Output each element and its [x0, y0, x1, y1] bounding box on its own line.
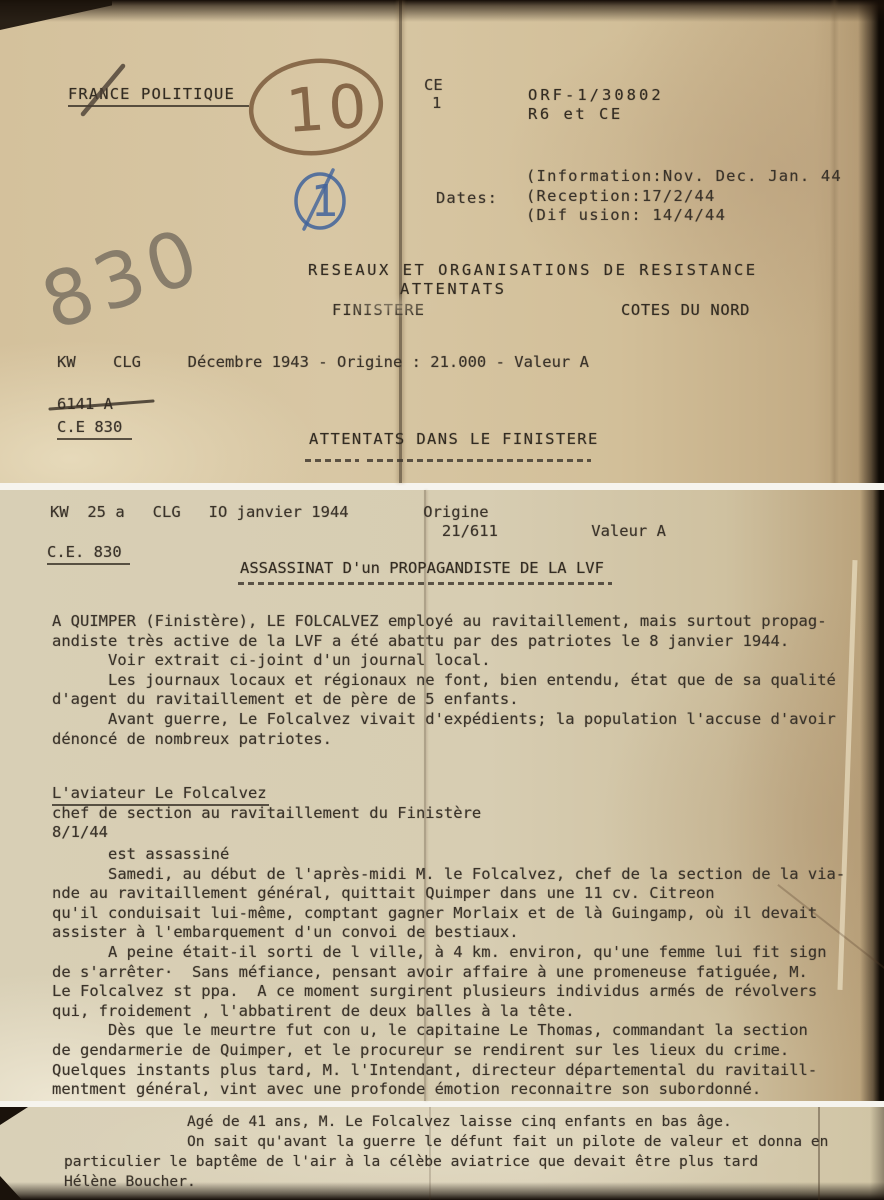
typed-line: Le Folcalvez st ppa. A ce moment surgire…	[52, 982, 845, 1002]
region-finistere: FINISTERE	[332, 301, 425, 321]
typed-line: Les journaux locaux et régionaux ne font…	[52, 671, 836, 691]
report-paragraph-1: A QUIMPER (Finistère), LE FOLCALVEZ empl…	[52, 612, 836, 749]
subject-date: 8/1/44	[52, 823, 108, 843]
section-title: ATTENTATS DANS LE FINISTERE	[309, 430, 599, 450]
region-cotes-du-nord: COTES DU NORD	[621, 301, 750, 321]
typed-line: de gendarmerie de Quimper, et le procure…	[52, 1041, 845, 1061]
typed-line: A peine était-il sorti de l ville, à 4 k…	[52, 943, 845, 963]
typed-line: A QUIMPER (Finistère), LE FOLCALVEZ empl…	[52, 612, 836, 632]
typed-line: andiste très active de la LVF a été abat…	[52, 632, 836, 652]
ce-reference-top: C.E 830	[57, 418, 132, 440]
typed-line: qu'il conduisait lui-même, comptant gagn…	[52, 904, 845, 924]
subject-title: L'aviateur Le Folcalvez	[52, 784, 269, 806]
crossed-reference: 6141 A	[57, 395, 113, 415]
ce-label: CE	[424, 76, 443, 96]
source-meta-line: KW CLG Décembre 1943 - Origine : 21.000 …	[57, 353, 589, 373]
reference-number: ORF-1/30802	[528, 86, 664, 106]
typed-dash-rule	[305, 459, 359, 462]
typed-line: assister à l'embarquement d'un convoi de…	[52, 923, 845, 943]
report-title: ASSASSINAT D'un PROPAGANDISTE DE LA LVF	[240, 559, 604, 579]
scan-strip-top	[0, 0, 884, 483]
typed-line: On sait qu'avant la guerre le défunt fai…	[64, 1132, 828, 1152]
typed-line: d'agent du ravitaillement et de père de …	[52, 690, 836, 710]
typed-dash-rule	[238, 582, 612, 585]
typed-line: Avant guerre, Le Folcalvez vivait d'expé…	[52, 710, 836, 730]
typed-line: Agé de 41 ans, M. Le Folcalvez laisse ci…	[64, 1112, 828, 1132]
typed-line: Voir extrait ci-joint d'un journal local…	[52, 651, 836, 671]
typed-dash-rule	[367, 459, 591, 462]
ce-reference-report: C.E. 830	[47, 543, 130, 565]
copy-number: 1	[432, 94, 441, 114]
report-paragraph-2: est assassiné Samedi, au début de l'aprè…	[52, 845, 845, 1100]
typed-line: Samedi, au début de l'après-midi M. le F…	[52, 865, 845, 885]
typed-line: de s'arrêter· Sans méfiance, pensant avo…	[52, 963, 845, 983]
typed-line: particulier le baptême de l'air à la cél…	[64, 1152, 828, 1172]
classification-header: FRANCE POLITIQUE	[68, 85, 249, 107]
typed-line: (Information:Nov. Dec. Jan. 44	[526, 167, 842, 187]
reference-routing: R6 et CE	[528, 105, 623, 125]
report-header-line2: 21/611 Valeur A	[50, 522, 666, 542]
dates-list: (Information:Nov. Dec. Jan. 44(Reception…	[526, 167, 842, 226]
document-heading-line1: RESEAUX ET ORGANISATIONS DE RESISTANCE	[308, 261, 758, 281]
typed-line: Dès que le meurtre fut con u, le capitai…	[52, 1021, 845, 1041]
typed-line: qui, froidement , l'abbatirent de deux b…	[52, 1002, 845, 1022]
typed-line: dénoncé de nombreux patriotes.	[52, 730, 836, 750]
typed-line: Quelques instants plus tard, M. l'Intend…	[52, 1061, 845, 1081]
dates-label: Dates:	[436, 189, 498, 209]
typed-line: est assassiné	[52, 845, 845, 865]
typed-line: mentment général, vint avec une profonde…	[52, 1080, 845, 1100]
report-header-line1: KW 25 a CLG IO janvier 1944 Origine	[50, 503, 489, 523]
typed-line: (Reception:17/2/44	[526, 187, 842, 207]
addendum-paragraph: Agé de 41 ans, M. Le Folcalvez laisse ci…	[64, 1112, 828, 1192]
subject-role: chef de section au ravitaillement du Fin…	[52, 804, 481, 824]
document-heading-line2: ATTENTATS	[400, 280, 507, 300]
scanned-document: FRANCE POLITIQUE CE 1 ORF-1/30802 R6 et …	[0, 0, 884, 1200]
typed-line: nde au ravitaillement général, quittait …	[52, 884, 845, 904]
typed-line: Hélène Boucher.	[64, 1172, 828, 1192]
typed-line: (Dif usion: 14/4/44	[526, 206, 842, 226]
